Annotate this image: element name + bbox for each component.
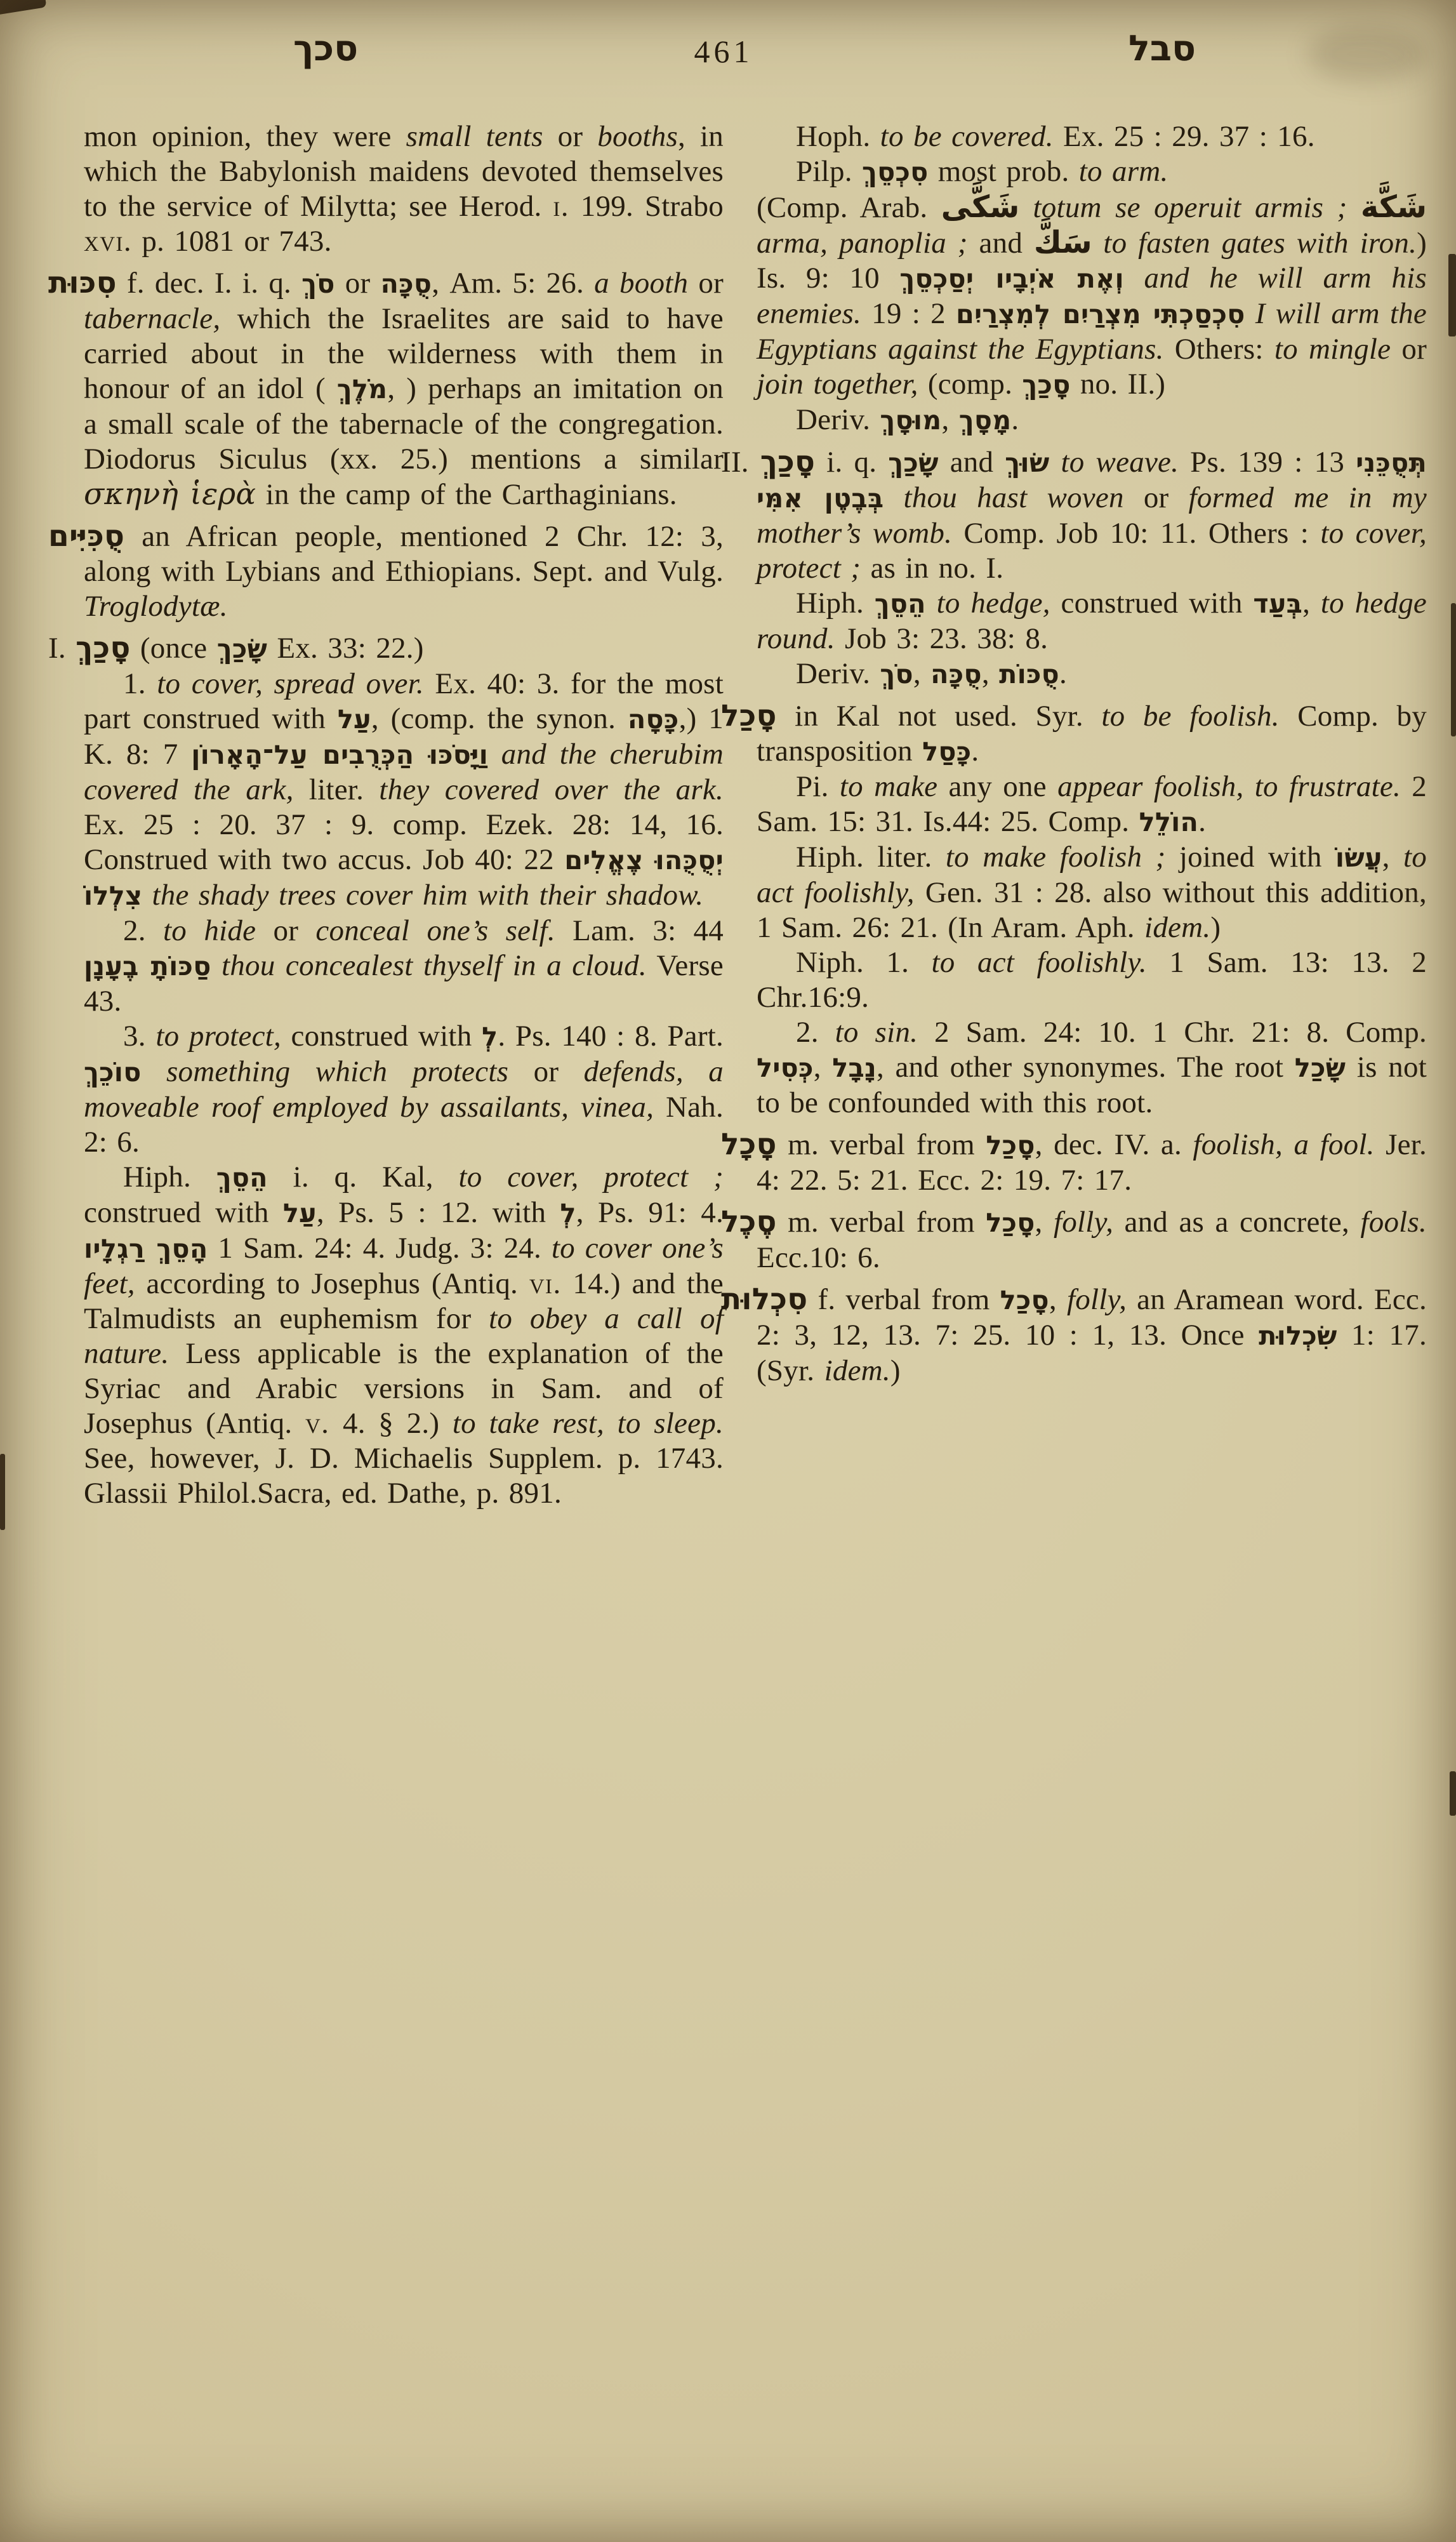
scan-corner-artifact: [0, 0, 47, 16]
sense-paragraph: 2. to hide or conceal one’s self. Lam. 3…: [84, 914, 724, 1019]
hebrew-text: הָסֵךְ רַגְלָיו: [84, 1234, 208, 1264]
hebrew-text: סָכַל: [1000, 1285, 1049, 1315]
hebrew-text: סַכּוֹתָ בֶעָנָן: [84, 951, 211, 982]
scanned-lexicon-page: סכך 461 סבל mon opinion, they were small…: [0, 0, 1456, 2542]
running-head-right-hebrew: סבל: [1128, 28, 1196, 69]
edge-artifact: [1448, 254, 1456, 336]
hebrew-text: וְאֶת אֹיְבָיו יְסַכְסֵךְ: [899, 263, 1124, 294]
hebrew-text: הוֹלֵל: [1139, 807, 1199, 837]
lexicon-entry: II. סָכַךְ i. q. שָׂכַךְ and שׂוּךְ to w…: [757, 444, 1427, 586]
hebrew-text: כָּסַל: [922, 736, 971, 767]
hebrew-text: מָסָךְ: [959, 405, 1012, 436]
arabic-text: شَكَّة: [1361, 190, 1427, 225]
hebrew-text: סוֹכֵךְ: [84, 1057, 142, 1088]
hebrew-headword: סֻכִּיִּים: [48, 519, 124, 554]
sense-paragraph: 3. to protect, construed with לְ. Ps. 14…: [84, 1019, 724, 1160]
greek-text: σκηνὴ ἱερὰ: [84, 477, 256, 512]
lexicon-entry: סֶכֶל m. verbal from סָכַל, folly, and a…: [757, 1204, 1427, 1275]
left-column: mon opinion, they were small tents or bo…: [84, 119, 724, 1511]
hebrew-text: בְּעַד: [1253, 589, 1302, 619]
right-column: Hoph. to be covered. Ex. 25 : 29. 37 : 1…: [757, 119, 1427, 1388]
sense-paragraph: Pilp. סִכְסֵךְ most prob. to arm.: [757, 154, 1427, 190]
hebrew-text: סֻכָּה: [930, 659, 982, 689]
hebrew-headword: סָכַךְ: [76, 630, 130, 665]
sense-paragraph: Hiph. הֵסֵךְ to hedge, construed with בְ…: [757, 586, 1427, 656]
sense-paragraph: Deriv. סֹךְ, סֻכָּה, סֻכּוֹת.: [757, 656, 1427, 692]
sense-paragraph: 2. to sin. 2 Sam. 24: 10. 1 Chr. 21: 8. …: [757, 1015, 1427, 1121]
sense-paragraph: 1. to cover, spread over. Ex. 40: 3. for…: [84, 667, 724, 914]
hebrew-text: עֲשׂוֹ: [1335, 842, 1382, 873]
hebrew-text: הֵסֵךְ: [875, 589, 926, 619]
sense-paragraph: Pi. to make any one appear foolish, to f…: [757, 769, 1427, 840]
sense-paragraph: Hoph. to be covered. Ex. 25 : 29. 37 : 1…: [757, 119, 1427, 154]
hebrew-text: כָּסָה: [628, 704, 679, 735]
hebrew-text: לְ: [482, 1021, 498, 1052]
hebrew-text: שָׂכַל: [1295, 1053, 1346, 1083]
hebrew-text: שָׂכַךְ: [888, 448, 938, 478]
edge-artifact: [1450, 1771, 1456, 1816]
lexicon-entry: I. סָכַךְ (once שָׂכַךְ Ex. 33: 22.): [84, 630, 724, 667]
lexicon-entry: סֻכִּיִּים an African people, mentioned …: [84, 519, 724, 624]
hebrew-headword: סִכְלוּת: [721, 1282, 807, 1317]
arabic-text: شَكَّى: [941, 190, 1020, 225]
sense-paragraph: Niph. 1. to act foolishly. 1 Sam. 13: 13…: [757, 945, 1427, 1015]
hebrew-text: סֻכָּה: [381, 269, 432, 299]
sense-paragraph: Deriv. מוּסָךְ, מָסָךְ.: [757, 403, 1427, 438]
hebrew-text: שׂוּךְ: [1005, 448, 1049, 478]
paper-smudge: [1307, 25, 1428, 83]
hebrew-text: מוּסָךְ: [880, 405, 941, 436]
hebrew-text: סָכַךְ: [1022, 369, 1070, 400]
sense-paragraph: Hiph. liter. to make foolish ; joined wi…: [757, 840, 1427, 945]
running-head-left-hebrew: סכך: [293, 28, 358, 69]
edge-artifact: [0, 1454, 5, 1530]
hebrew-text: נָבָל: [832, 1053, 877, 1083]
arabic-text: سَكَّ: [1034, 225, 1092, 260]
hebrew-text: לְ: [560, 1198, 576, 1228]
edge-artifact: [1451, 603, 1456, 736]
hebrew-text: כְּסִיל: [757, 1053, 814, 1083]
lexicon-entry: סִכּוּת f. dec. I. i. q. סֹךְ or סֻכָּה,…: [84, 265, 724, 512]
hebrew-text: וַיָּסֹכּוּ הַכְּרֻבִים עַל־הָאָרוֹן: [191, 740, 488, 770]
hebrew-text: שִׂכְלוּת: [1259, 1321, 1337, 1351]
continuation-paragraph: mon opinion, they were small tents or bo…: [84, 119, 724, 259]
hebrew-text: מֹלֶךְ: [337, 374, 388, 404]
page-number: 461: [660, 33, 787, 70]
hebrew-text: סֻכּוֹת: [999, 659, 1059, 689]
hebrew-headword: סָכַל: [721, 698, 777, 733]
lexicon-entry: סָכָל m. verbal from סָכַל, dec. IV. a. …: [757, 1127, 1427, 1198]
hebrew-text: עַל: [338, 704, 371, 735]
lexicon-entry: סִכְלוּת f. verbal from סָכַל, folly, an…: [757, 1282, 1427, 1388]
hebrew-text: סִכְסַכְתִּי מִצְרַיִם לְמִצְרַיִם: [956, 299, 1245, 329]
hebrew-headword: סָכַךְ: [760, 444, 815, 479]
hebrew-text: הֵסֵךְ: [216, 1162, 268, 1193]
hebrew-headword: סִכּוּת: [48, 265, 117, 300]
hebrew-text: סָכַל: [986, 1208, 1035, 1238]
hebrew-headword: סֶכֶל: [721, 1204, 777, 1239]
lexicon-entry: סָכַל in Kal not used. Syr. to be foolis…: [757, 698, 1427, 769]
hebrew-text: עַל: [283, 1198, 317, 1228]
hebrew-text: סָכַל: [986, 1130, 1035, 1161]
hebrew-text: סִכְסֵךְ: [862, 157, 928, 187]
hebrew-text: סֹךְ: [880, 659, 913, 689]
hebrew-text: סֹךְ: [301, 269, 334, 299]
continuation-paragraph: (Comp. Arab. شَكَّى totum se operuit arm…: [757, 190, 1427, 403]
hebrew-text: שָׂכַךְ: [217, 634, 267, 664]
hebrew-headword: סָכָל: [721, 1127, 777, 1162]
sense-paragraph: Hiph. הֵסֵךְ i. q. Kal, to cover, protec…: [84, 1160, 724, 1511]
